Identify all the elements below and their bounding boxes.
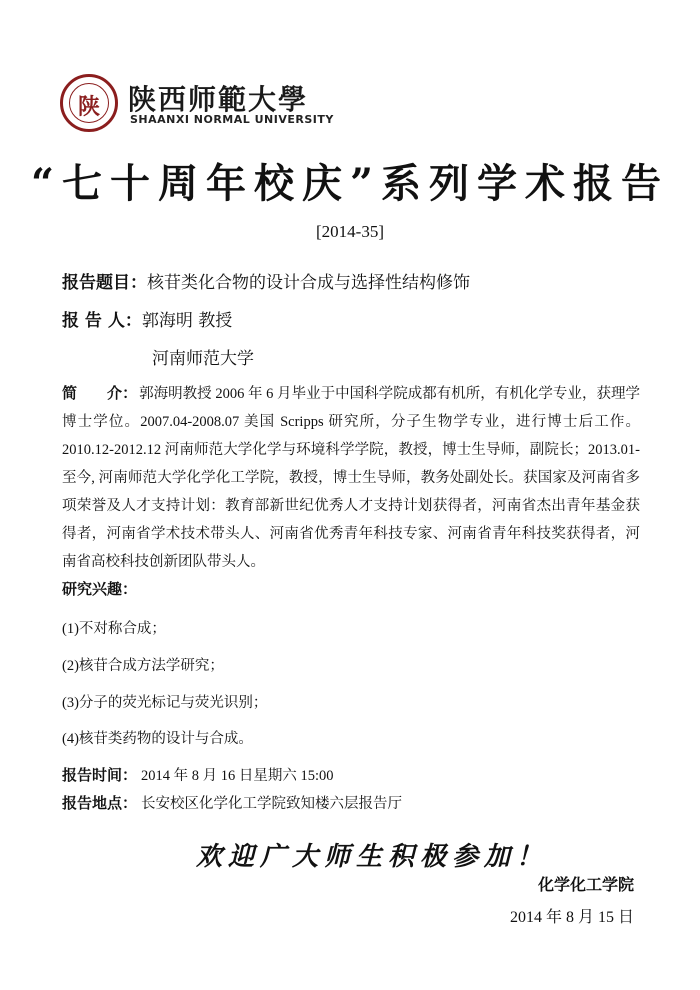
place-label: 报告地点： (62, 796, 137, 812)
topic-value: 核苷类化合物的设计合成与选择性结构修饰 (147, 273, 470, 293)
interest-item: (1)不对称合成； (62, 617, 166, 638)
university-name-en: SHAANXI NORMAL UNIVERSITY (130, 113, 334, 126)
bio-label: 简 介： (62, 386, 137, 402)
speaker-value: 郭海明 教授 (142, 311, 232, 331)
bio-paragraph: 简 介：郭海明教授 2006 年 6 月毕业于中国科学院成都有机所，有机化学专业… (62, 380, 640, 576)
time-label: 报告时间： (62, 768, 137, 784)
university-logo: 陕 (56, 70, 126, 140)
interests-title: 研究兴趣： (62, 578, 137, 599)
speaker-label: 报 告 人： (62, 311, 142, 331)
serial-number: [2014-35] (0, 222, 700, 242)
university-seal-icon: 陕 (60, 74, 118, 132)
interest-item: (2)核苷合成方法学研究； (62, 654, 224, 675)
welcome-message: 欢迎广大师生积极参加！ (196, 836, 548, 873)
page-title: “七十周年校庆”系列学术报告 (0, 152, 700, 209)
interest-item: (4)核苷类药物的设计与合成。 (62, 727, 253, 748)
bio-text: 郭海明教授 2006 年 6 月毕业于中国科学院成都有机所，有机化学专业，获理学… (62, 386, 640, 570)
time-row: 报告时间：2014 年 8 月 16 日星期六 15:00 (62, 764, 334, 785)
speaker-row: 报 告 人：郭海明 教授 (62, 306, 232, 331)
topic-label: 报告题目： (62, 273, 147, 293)
topic-row: 报告题目：核苷类化合物的设计合成与选择性结构修饰 (62, 268, 470, 293)
affiliation: 河南师范大学 (152, 344, 254, 369)
organizer-signature: 化学化工学院 (538, 872, 634, 895)
seal-character: 陕 (63, 90, 115, 121)
issue-date: 2014 年 8 月 15 日 (510, 904, 634, 927)
interest-item: (3)分子的荧光标记与荧光识别； (62, 691, 267, 712)
place-value: 长安校区化学化工学院致知楼六层报告厅 (141, 796, 402, 812)
place-row: 报告地点：长安校区化学化工学院致知楼六层报告厅 (62, 792, 402, 813)
university-name-cn: 陕西师範大學 (128, 78, 308, 118)
time-value: 2014 年 8 月 16 日星期六 15:00 (141, 768, 334, 784)
